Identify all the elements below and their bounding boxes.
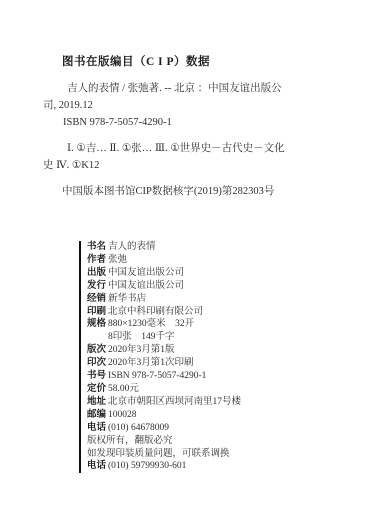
colophon-row: 书号ISBN 978-7-5057-4290-1	[87, 370, 329, 383]
colophon-row-value: 880×1230毫米 32开	[108, 319, 194, 329]
colophon-row-label: 定价	[87, 383, 108, 396]
colophon-row-value: (010) 64678009	[108, 423, 169, 433]
colophon-row-label: 地址	[87, 396, 108, 409]
colophon-note: 如发现印装质量问题，可联系调换	[87, 448, 329, 461]
colophon-row: 8印张 149千字	[87, 331, 329, 344]
colophon-row-value: 张弛	[108, 255, 127, 265]
colophon-row-value: 吉人的表情	[108, 242, 156, 252]
cip-section: 图书在版编目（C I P）数据 吉人的表情 / 张弛著. -- 北京 ：中国友谊…	[43, 54, 343, 200]
colophon-row-label: 书名	[87, 241, 108, 254]
cip-catalog-lines: 吉人的表情 / 张弛著. -- 北京 ：中国友谊出版公司, 2019.12ISB…	[43, 80, 343, 200]
colophon-row-label: 电话	[87, 460, 108, 473]
colophon-row: 出版中国友谊出版公司	[87, 267, 329, 280]
colophon-row: 书名吉人的表情	[87, 241, 329, 254]
colophon-row-value: 中国友谊出版公司	[108, 281, 184, 291]
colophon-row-value: 北京中科印刷有限公司	[108, 307, 203, 317]
colophon-row-label: 发行	[87, 280, 108, 293]
colophon-row: 印次2020年3月第1次印刷	[87, 357, 329, 370]
colophon-row-label: 规格	[87, 318, 108, 331]
colophon-row-value: 中国友谊出版公司	[108, 268, 184, 278]
colophon-row: 印刷北京中科印刷有限公司	[87, 306, 329, 319]
colophon-row-label: 印刷	[87, 306, 108, 319]
colophon-row-label: 书号	[87, 370, 108, 383]
colophon-row: 作者张弛	[87, 254, 329, 267]
colophon-row: 定价58.00元	[87, 383, 329, 396]
colophon-row: 规格880×1230毫米 32开	[87, 318, 329, 331]
colophon-row-value: 2020年3月第1次印刷	[108, 358, 194, 368]
colophon-row-label: 印次	[87, 357, 108, 370]
colophon-row: 经销新华书店	[87, 293, 329, 306]
colophon-row: 发行中国友谊出版公司	[87, 280, 329, 293]
colophon-row-value: ISBN 978-7-5057-4290-1	[108, 371, 206, 381]
colophon-row-label: 电话	[87, 422, 108, 435]
colophon-table: 书名吉人的表情作者张弛出版中国友谊出版公司发行中国友谊出版公司经销新华书店印刷北…	[79, 241, 329, 473]
colophon-row-value: 8印张 149千字	[108, 332, 175, 342]
colophon-row: 地址北京市朝阳区西坝河南里17号楼	[87, 396, 329, 409]
colophon-row-label: 经销	[87, 293, 108, 306]
colophon-row: 版次2020年3月第1版	[87, 344, 329, 357]
colophon-row-value: (010) 59799930-601	[108, 461, 186, 471]
colophon-row-label: 邮编	[87, 409, 108, 422]
colophon-row-value: 新华书店	[108, 294, 146, 304]
cip-line: 司, 2019.12	[43, 97, 343, 114]
colophon-row-label: 版次	[87, 344, 108, 357]
cip-line: 史 Ⅳ. ①K12	[43, 157, 343, 174]
cip-line: ISBN 978-7-5057-4290-1	[63, 114, 343, 131]
book-copyright-page: 图书在版编目（C I P）数据 吉人的表情 / 张弛著. -- 北京 ：中国友谊…	[0, 0, 375, 532]
cip-header: 图书在版编目（C I P）数据	[62, 54, 343, 71]
colophon-row-value: 58.00元	[108, 384, 139, 394]
colophon-row-label: 出版	[87, 267, 108, 280]
colophon-row-label: 作者	[87, 254, 108, 267]
colophon-row: 电话(010) 59799930-601	[87, 460, 329, 473]
colophon-row-value: 北京市朝阳区西坝河南里17号楼	[108, 397, 241, 407]
cip-line: 中国版本图书馆CIP数据核字(2019)第282303号	[62, 183, 343, 200]
colophon-row: 电话(010) 64678009	[87, 422, 329, 435]
cip-line: Ⅰ. ①吉… Ⅱ. ①张… Ⅲ. ①世界史－古代史－文化	[67, 140, 343, 157]
colophon-row: 邮编100028	[87, 409, 329, 422]
colophon-note: 版权所有，翻版必究	[87, 435, 329, 448]
colophon-row-value: 2020年3月第1版	[108, 345, 175, 355]
colophon-row-value: 100028	[108, 410, 137, 420]
cip-line: 吉人的表情 / 张弛著. -- 北京 ：中国友谊出版公	[67, 80, 343, 97]
